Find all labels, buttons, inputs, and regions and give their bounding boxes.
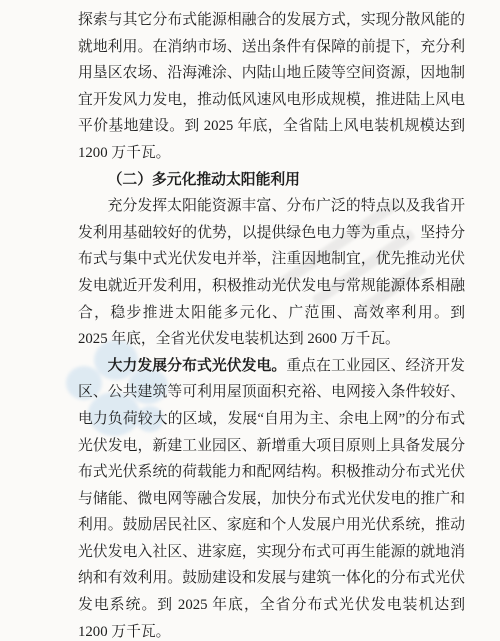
paragraph-wind-continuation: 探索与其它分布式能源相融合的发展方式，实现分散风能的就地利用。在消纳市场、送出条… — [78, 7, 465, 167]
document-text: 探索与其它分布式能源相融合的发展方式，实现分散风能的就地利用。在消纳市场、送出条… — [78, 7, 465, 641]
section-heading-solar: （二）多元化推动太阳能利用 — [78, 167, 465, 194]
document-page: 探索与其它分布式能源相融合的发展方式，实现分散风能的就地利用。在消纳市场、送出条… — [0, 0, 500, 641]
paragraph-bold-lead: 大力发展分布式光伏发电。 — [108, 358, 287, 374]
paragraph-body-rest: 重点在工业园区、经济开发区、公共建筑等可利用屋顶面积充裕、电网接入条件较好、电力… — [78, 358, 465, 640]
paragraph-distributed-pv: 大力发展分布式光伏发电。重点在工业园区、经济开发区、公共建筑等可利用屋顶面积充裕… — [78, 353, 465, 641]
paragraph-solar-overview: 充分发挥太阳能资源丰富、分布广泛的特点以及我省开发利用基础较好的优势，以提供绿色… — [78, 193, 465, 353]
